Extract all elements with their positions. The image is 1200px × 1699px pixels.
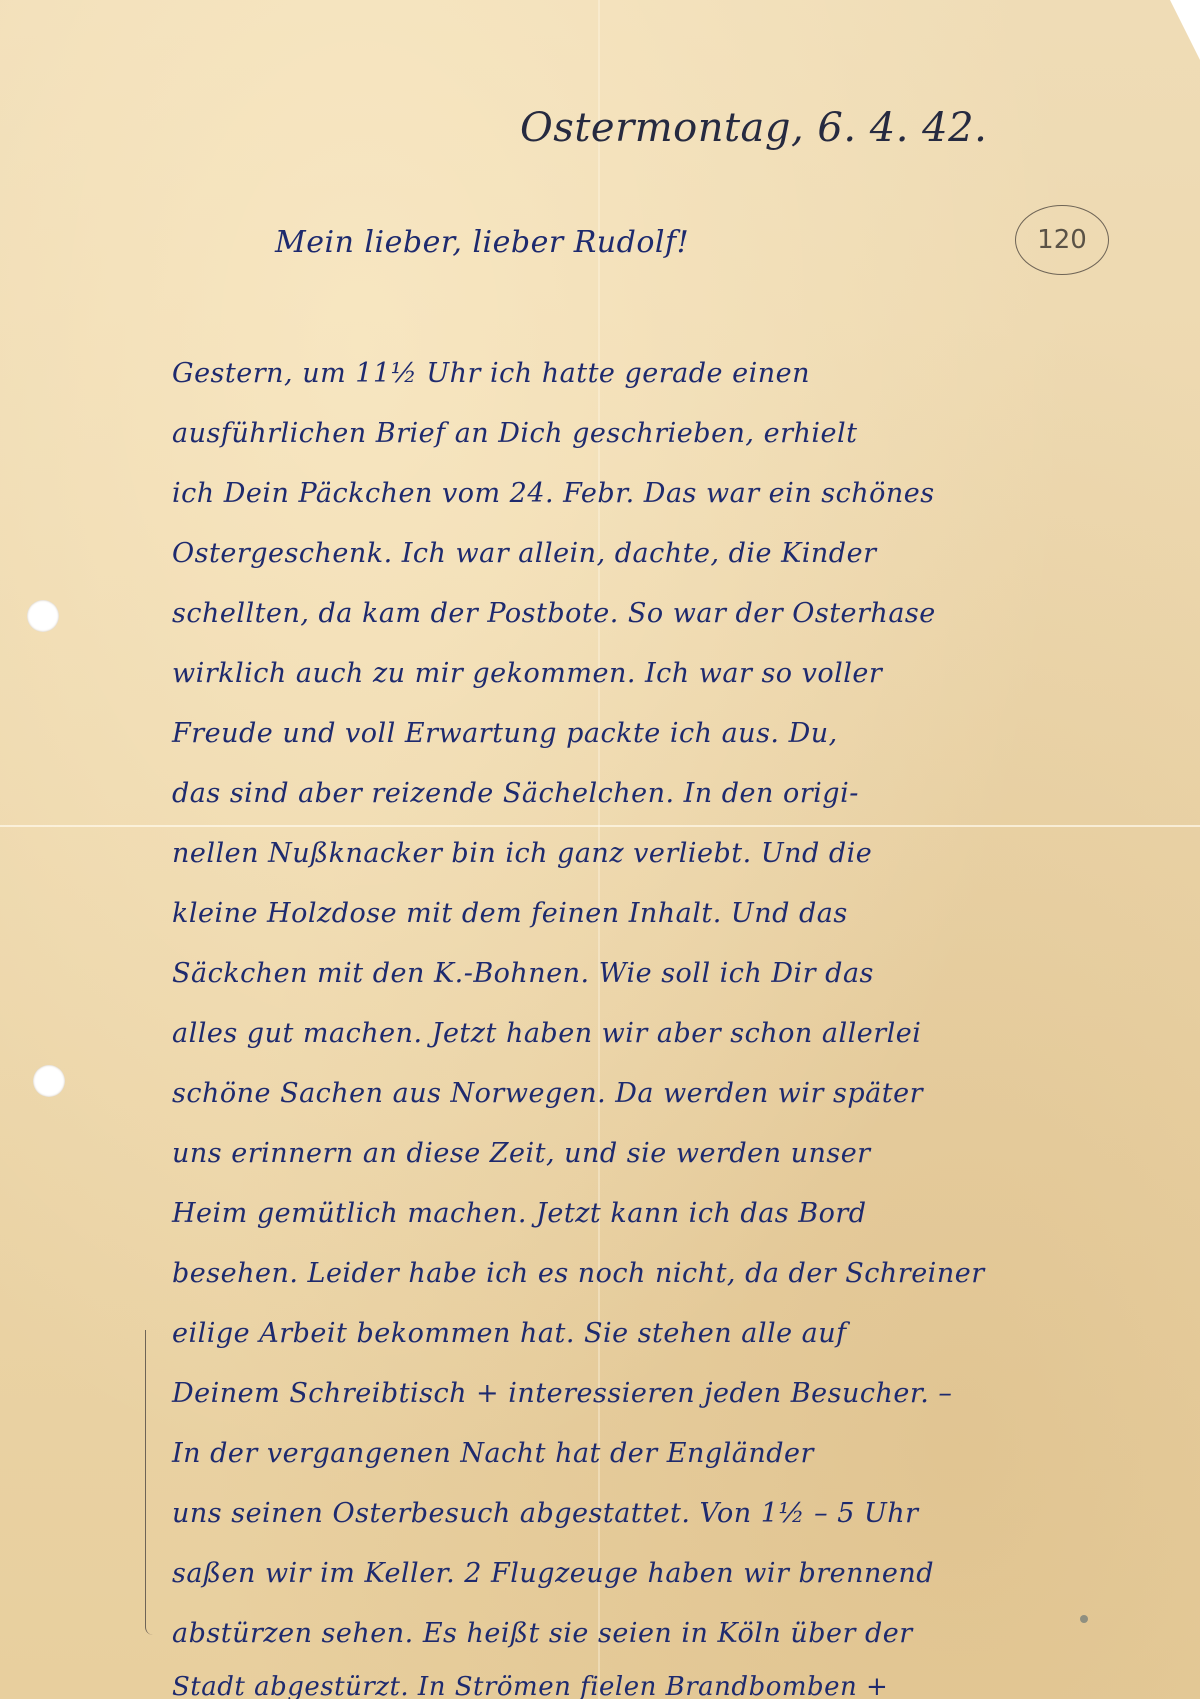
body-line: Stadt abgestürzt. In Strömen fielen Bran… [172, 1672, 888, 1699]
body-line: saßen wir im Keller. 2 Flugzeuge haben w… [172, 1558, 934, 1589]
body-line: kleine Holzdose mit dem feinen Inhalt. U… [172, 898, 848, 929]
body-line: nellen Nußknacker bin ich ganz verliebt.… [172, 838, 872, 869]
body-line: eilige Arbeit bekommen hat. Sie stehen a… [172, 1318, 847, 1349]
body-line: wirklich auch zu mir gekommen. Ich war s… [172, 658, 882, 689]
salutation: Mein lieber, lieber Rudolf! [275, 225, 689, 260]
letter-page: Ostermontag, 6. 4. 42. 120 Mein lieber, … [0, 0, 1200, 1699]
body-line: uns erinnern an diese Zeit, und sie werd… [172, 1138, 871, 1169]
body-line: das sind aber reizende Sächelchen. In de… [172, 778, 859, 809]
body-line: Säckchen mit den K.-Bohnen. Wie soll ich… [172, 958, 874, 989]
paper-stain [1080, 1615, 1088, 1623]
punch-hole-top [27, 600, 59, 632]
margin-bracket-mark [145, 1330, 154, 1635]
body-line: abstürzen sehen. Es heißt sie seien in K… [172, 1618, 913, 1649]
body-line: ich Dein Päckchen vom 24. Febr. Das war … [172, 478, 935, 509]
body-line: schellten, da kam der Postbote. So war d… [172, 598, 936, 629]
body-line: alles gut machen. Jetzt haben wir aber s… [172, 1018, 921, 1049]
date-line: Ostermontag, 6. 4. 42. [520, 105, 987, 151]
body-line: Heim gemütlich machen. Jetzt kann ich da… [172, 1198, 867, 1229]
body-line: Gestern, um 11½ Uhr ich hatte gerade ein… [172, 358, 810, 389]
body-line: uns seinen Osterbesuch abgestattet. Von … [172, 1498, 919, 1529]
punch-hole-bottom [33, 1065, 65, 1097]
body-line: Freude und voll Erwartung packte ich aus… [172, 718, 838, 749]
body-line: Ostergeschenk. Ich war allein, dachte, d… [172, 538, 876, 569]
body-line: Deinem Schreibtisch + interessieren jede… [172, 1378, 952, 1409]
archive-number-circled: 120 [1015, 205, 1109, 275]
body-line: ausführlichen Brief an Dich geschrieben,… [172, 418, 857, 449]
body-line: In der vergangenen Nacht hat der Engländ… [172, 1438, 814, 1469]
body-line: besehen. Leider habe ich es noch nicht, … [172, 1258, 985, 1289]
horizontal-fold-crease [0, 825, 1200, 827]
body-line: schöne Sachen aus Norwegen. Da werden wi… [172, 1078, 923, 1109]
